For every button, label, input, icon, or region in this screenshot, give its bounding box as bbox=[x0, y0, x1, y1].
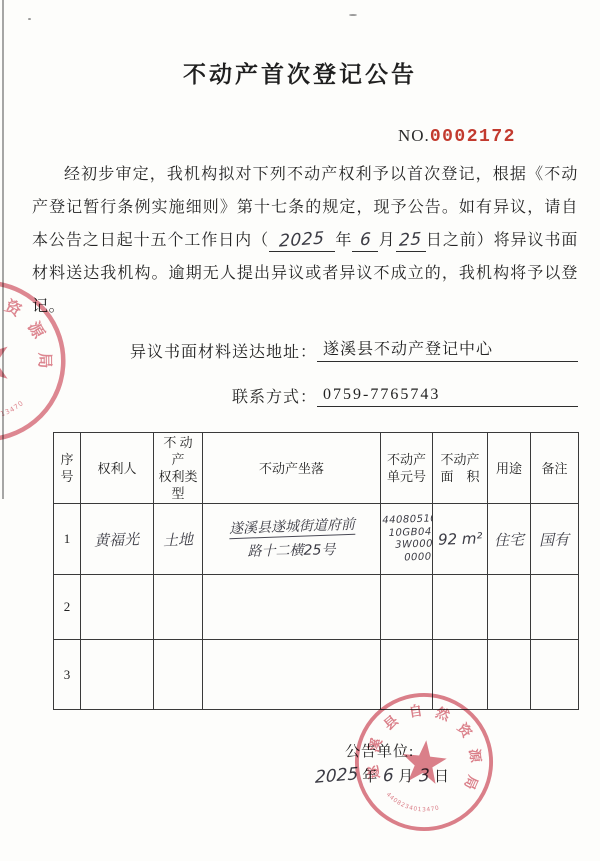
footer-handwritten-month: 6 bbox=[383, 765, 394, 786]
row1-location-line1: 遂溪县遂城街道府前 bbox=[228, 513, 355, 538]
delivery-address-value: 遂溪县不动产登记中心 bbox=[317, 336, 578, 362]
serial-number-line: NO.0002172 bbox=[398, 126, 516, 147]
header-owner: 权利人 bbox=[81, 433, 154, 504]
svg-text:4408234013470: 4408234013470 bbox=[0, 389, 27, 430]
row1-unit-no: 4408051010 10GB0443 3W0000 0000 bbox=[382, 513, 432, 565]
year-suffix: 年 bbox=[335, 232, 352, 249]
year-blank: 2025 bbox=[269, 230, 335, 252]
page-title: 不动产首次登记公告 bbox=[0, 56, 600, 89]
row1-location-line2: 路十二横25号 bbox=[205, 538, 378, 561]
seal-code: 4408234013470 bbox=[0, 389, 27, 430]
table-row: 3 bbox=[54, 640, 579, 710]
row1-note: 国有 bbox=[539, 528, 570, 550]
footer-handwritten-day: 3 bbox=[419, 765, 430, 786]
announcement-document: 不动产首次登记公告 NO.0002172 经初步审定，我机构拟对下列不动产权利予… bbox=[0, 0, 600, 861]
seal-code: 4408234013470 bbox=[383, 791, 442, 815]
row1-owner: 黄福光 bbox=[94, 528, 140, 551]
row2-owner bbox=[81, 575, 154, 640]
footer-month-suffix: 月 bbox=[398, 769, 413, 785]
contact-value: 0759-7765743 bbox=[317, 386, 578, 407]
footer-year-suffix: 年 bbox=[362, 769, 377, 785]
svg-text:源: 源 bbox=[467, 748, 484, 764]
row2-note bbox=[531, 575, 579, 640]
row2-area bbox=[433, 575, 488, 640]
header-note: 备注 bbox=[531, 433, 579, 504]
row3-area bbox=[433, 640, 488, 710]
registration-table: 序号 权利人 不 动 产 权利类型 不动产坐落 不动产 单元号 不动产 面 积 … bbox=[53, 432, 579, 710]
month-blank: 6 bbox=[352, 230, 378, 252]
row2-unit-no bbox=[381, 575, 433, 640]
svg-text:4408234013470: 4408234013470 bbox=[383, 791, 442, 815]
header-unit-no: 不动产 单元号 bbox=[381, 433, 433, 504]
svg-text:局: 局 bbox=[461, 773, 480, 792]
svg-text:资: 资 bbox=[454, 720, 475, 741]
serial-prefix: NO. bbox=[398, 126, 430, 145]
header-area: 不动产 面 积 bbox=[433, 433, 488, 504]
handwritten-month: 6 bbox=[359, 230, 371, 251]
scan-speck bbox=[349, 14, 357, 16]
row1-area: 92 m² bbox=[437, 529, 482, 549]
header-location: 不动产坐落 bbox=[203, 433, 381, 504]
table-row: 2 bbox=[54, 575, 579, 640]
svg-text:资: 资 bbox=[2, 296, 26, 321]
footer-day-suffix: 日 bbox=[434, 769, 449, 785]
contact-label: 联系方式： bbox=[232, 384, 317, 407]
header-use: 用途 bbox=[488, 433, 531, 504]
row3-use bbox=[488, 640, 531, 710]
announcing-unit-label: 公告单位: bbox=[345, 740, 414, 761]
row2-use bbox=[488, 575, 531, 640]
row3-unit-no bbox=[381, 640, 433, 710]
header-right-type: 不 动 产 权利类型 bbox=[154, 433, 203, 504]
day-blank: 25 bbox=[396, 230, 426, 252]
row2-seq: 2 bbox=[54, 575, 81, 640]
row1-seq: 1 bbox=[54, 504, 81, 575]
svg-text:县: 县 bbox=[381, 712, 401, 732]
delivery-address-label: 异议书面材料送达地址： bbox=[130, 339, 317, 362]
row3-note bbox=[531, 640, 579, 710]
notice-paragraph: 经初步审定，我机构拟对下列不动产权利予以首次登记，根据《不动产登记暂行条例实施细… bbox=[32, 158, 578, 323]
scan-speck bbox=[28, 18, 31, 20]
row3-seq: 3 bbox=[54, 640, 81, 710]
announcement-date: 2025年6月3日 bbox=[315, 765, 455, 786]
row3-location bbox=[203, 640, 381, 710]
table-header-row: 序号 权利人 不 动 产 权利类型 不动产坐落 不动产 单元号 不动产 面 积 … bbox=[54, 433, 579, 504]
serial-number: 0002172 bbox=[430, 127, 516, 147]
row3-owner bbox=[81, 640, 154, 710]
footer-handwritten-year: 2025 bbox=[315, 764, 358, 788]
handwritten-day: 25 bbox=[399, 229, 422, 251]
svg-text:局: 局 bbox=[36, 352, 54, 368]
row1-right-type: 土地 bbox=[162, 528, 193, 551]
delivery-address-line: 异议书面材料送达地址： 遂溪县不动产登记中心 bbox=[130, 336, 578, 362]
month-suffix: 月 bbox=[378, 232, 395, 249]
row1-location: 遂溪县遂城街道府前 路十二横25号 bbox=[203, 504, 381, 575]
row2-right-type bbox=[154, 575, 203, 640]
contact-line: 联系方式： 0759-7765743 bbox=[232, 384, 578, 407]
row2-location bbox=[203, 575, 381, 640]
row1-use: 住宅 bbox=[494, 528, 525, 550]
row3-right-type bbox=[154, 640, 203, 710]
table-row: 1 黄福光 土地 遂溪县遂城街道府前 路十二横25号 4408051010 10… bbox=[54, 504, 579, 575]
handwritten-year: 2025 bbox=[279, 228, 325, 251]
header-seq: 序号 bbox=[54, 433, 81, 504]
